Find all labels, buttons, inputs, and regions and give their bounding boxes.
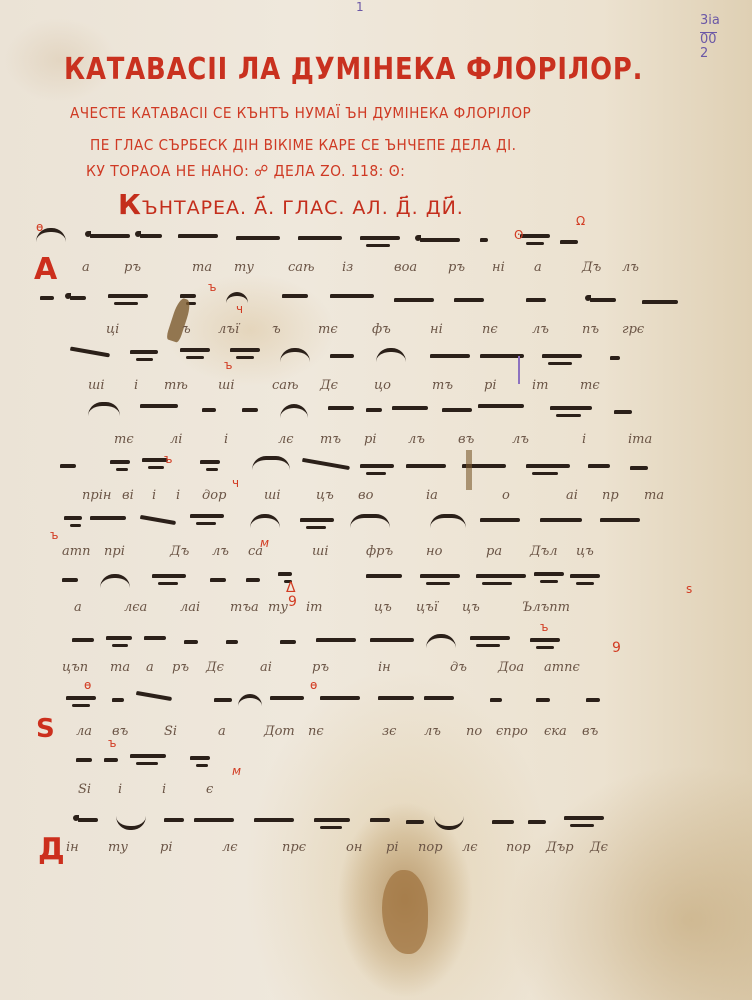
neume-sign [426, 634, 456, 648]
lyric-syllable: лъ [512, 432, 529, 447]
lyric-syllable: ші [88, 378, 104, 393]
neume-sign [190, 514, 224, 518]
neume-sign [370, 638, 414, 642]
red-sign: ъ [540, 620, 548, 634]
lyric-syllable: іа [426, 488, 438, 503]
lyric-syllable: лъї [218, 322, 239, 337]
neume-sign [570, 574, 600, 578]
lyric-syllable: Ѕі [164, 724, 177, 739]
initial-letter-2: Ѕ [36, 714, 55, 744]
neume-sign [526, 298, 546, 302]
neume-sign [536, 698, 550, 702]
lyrics-row-9: лавъ Ѕіа Дотпє зєлъ поєпро єкавъ [82, 724, 712, 744]
lyric-syllable: цъ [316, 488, 334, 503]
lyrics-row-5: прінві іі дорші цъво іао аіпр та [82, 488, 712, 508]
lyric-syllable: рі [386, 840, 398, 855]
neume-row-10 [30, 750, 712, 774]
lyric-syllable: і [134, 378, 138, 393]
neume-sign [534, 572, 564, 576]
lyric-syllable: єпро [496, 724, 528, 739]
lyric-syllable: цъ [462, 600, 480, 615]
lyric-syllable: із [342, 260, 353, 275]
lyric-syllable: є [206, 782, 213, 797]
lyric-syllable: пъ [582, 322, 599, 337]
lyric-syllable: по [466, 724, 482, 739]
lyric-syllable: ту [234, 260, 254, 275]
lyric-syllable: аі [260, 660, 272, 675]
lyric-syllable: Дє [590, 840, 608, 855]
lyric-syllable: а [82, 260, 90, 275]
lyric-syllable: лъ [532, 322, 549, 337]
neume-sign [78, 818, 98, 822]
red-sign: м [232, 764, 241, 778]
neume-sign [642, 300, 678, 304]
lyric-syllable: ші [312, 544, 328, 559]
lyrics-row-3: шіі тѣші саѣДє цотъ рііт тє [82, 378, 712, 398]
lyric-syllable: дор [202, 488, 226, 503]
lyric-syllable: ін [378, 660, 391, 675]
lyric-syllable: грє [622, 322, 644, 337]
neume-row-11 [30, 812, 712, 836]
lyric-syllable: тъ [320, 432, 341, 447]
red-sign: ѕ [686, 582, 692, 596]
lyric-syllable: ін [66, 840, 79, 855]
lyric-syllable: цъї [416, 600, 438, 615]
neume-row-3 [30, 346, 712, 370]
neume-sign [280, 404, 308, 418]
neume-sign [104, 758, 118, 762]
lyric-syllable: а [534, 260, 542, 275]
neume-sign [406, 464, 446, 468]
lyric-syllable: пор [506, 840, 531, 855]
lyric-syllable: ла [76, 724, 92, 739]
lyric-syllable: ъ [182, 322, 191, 337]
neume-sign [360, 464, 394, 468]
lyric-syllable: саѣ [272, 378, 299, 393]
lyric-syllable: єка [544, 724, 567, 739]
neume-sign [540, 518, 582, 522]
neume-sign [560, 240, 578, 244]
neume-sign [526, 464, 570, 468]
lyric-syllable: та [110, 660, 130, 675]
neume-sign [178, 234, 218, 238]
neume-sign [130, 350, 158, 354]
neume-sign [300, 518, 334, 522]
neume-sign [278, 572, 292, 576]
neume-row-7 [30, 570, 712, 594]
neume-sign [116, 816, 146, 830]
neume-sign [542, 354, 582, 358]
red-sign: ѳ [36, 220, 43, 234]
neume-sign [164, 818, 184, 822]
neume-sign [370, 818, 390, 822]
neume-sign [350, 514, 390, 528]
lyric-syllable: іт [306, 600, 323, 615]
lyric-syllable: ра [486, 544, 502, 559]
neume-sign [140, 234, 162, 238]
lyric-syllable: цъ [576, 544, 594, 559]
lyric-syllable: Дър [546, 840, 574, 855]
lyric-syllable: тъа [230, 600, 259, 615]
neume-sign [140, 515, 176, 525]
neume-sign [330, 354, 354, 358]
lyric-syllable: Дот [264, 724, 295, 739]
neume-sign [610, 356, 620, 360]
neume-sign [366, 574, 402, 578]
neume-sign [430, 354, 470, 358]
red-sign: ъ [50, 528, 58, 542]
lyrics-row-6: атппрі Дълъ саші фръно раДъл цъ [82, 544, 712, 564]
lyric-syllable: ні [492, 260, 505, 275]
neume-row-1 [30, 226, 712, 250]
lyric-syllable: пр [602, 488, 619, 503]
neume-sign [480, 518, 520, 522]
lyric-syllable: а [74, 600, 82, 615]
lyric-syllable: Дє [206, 660, 224, 675]
chant-heading: КЪНТАРЕА. А҃. ГЛАС. АЛ. Д҃. ДИ҃. [118, 188, 464, 221]
lyric-syllable: Дъл [530, 544, 558, 559]
lyric-syllable: ві [122, 488, 134, 503]
neume-row-4 [30, 400, 712, 424]
lyric-syllable: лє [222, 840, 238, 855]
neume-sign [236, 236, 280, 240]
red-sign: 9 [612, 640, 621, 656]
neume-sign [588, 464, 610, 468]
lyric-syllable: та [192, 260, 212, 275]
neume-sign [108, 294, 148, 298]
lyric-syllable: ці [106, 322, 119, 337]
rubric-line-3: КУ ТОРАОА НЕ НАНО: ☍ ДЕЛА ZO. 118: Ꙩ: [86, 162, 405, 180]
lyric-syllable: пє [308, 724, 324, 739]
water-stain [382, 870, 428, 954]
neume-sign [282, 294, 308, 298]
neume-sign [480, 238, 488, 242]
lyric-syllable: зє [382, 724, 396, 739]
neume-sign [246, 578, 260, 582]
neume-sign [330, 294, 374, 298]
neume-sign [70, 347, 110, 358]
neume-sign [298, 236, 342, 240]
neume-sign [90, 516, 126, 520]
lyric-syllable: рі [484, 378, 496, 393]
neume-sign [320, 696, 360, 700]
neume-sign [70, 296, 86, 300]
neume-sign [476, 574, 526, 578]
neume-sign [454, 298, 484, 302]
neume-sign [76, 758, 92, 762]
lyric-syllable: фъ [372, 322, 391, 337]
neume-sign [302, 458, 350, 470]
folio-number: 1 [356, 0, 364, 14]
neume-sign [376, 348, 406, 362]
neume-sign [614, 410, 632, 414]
neume-sign [520, 234, 550, 238]
lyric-syllable: ръ [312, 660, 329, 675]
lyric-syllable: во [358, 488, 373, 503]
lyric-syllable: но [426, 544, 442, 559]
neume-sign [238, 694, 262, 708]
lyric-syllable: Ълъпт [522, 600, 570, 615]
lyric-syllable: прє [282, 840, 306, 855]
neume-sign [406, 820, 424, 824]
lyric-syllable: Дъ [170, 544, 189, 559]
lyric-syllable: тє [114, 432, 134, 447]
neume-sign [328, 406, 354, 410]
neume-sign [110, 460, 130, 464]
neume-sign [64, 516, 82, 520]
neume-sign [100, 574, 130, 588]
neume-row-8 [30, 632, 712, 656]
neume-sign [430, 514, 466, 528]
catalog-mark: 3ia 00 2 [700, 14, 720, 61]
lyric-syllable: Ѕі [78, 782, 91, 797]
lyric-syllable: аі [566, 488, 578, 503]
lyric-syllable: Дє [320, 378, 338, 393]
lyric-syllable: і [152, 488, 156, 503]
lyric-syllable: Дъ [582, 260, 601, 275]
neume-row-2 [30, 290, 712, 314]
lyrics-row-8: цъпта аръ Дєаі ръін дъДоа атпє [82, 660, 712, 680]
neume-sign [250, 514, 280, 528]
lyric-syllable: тє [318, 322, 338, 337]
lyric-syllable: і [162, 782, 166, 797]
lyric-syllable: Доа [498, 660, 524, 675]
neume-sign [586, 698, 600, 702]
lyric-syllable: лъ [408, 432, 425, 447]
neume-sign [252, 456, 290, 470]
red-sign: ч [236, 302, 243, 316]
neume-sign [394, 298, 434, 302]
neume-sign [226, 640, 238, 644]
lyric-syllable: ші [264, 488, 280, 503]
neume-sign [280, 348, 310, 362]
lyric-syllable: ші [218, 378, 234, 393]
lyric-syllable: цо [374, 378, 391, 393]
neume-sign [194, 818, 234, 822]
neume-sign [136, 691, 172, 701]
neume-sign [420, 574, 460, 578]
lyric-syllable: ръ [124, 260, 141, 275]
neume-sign [492, 820, 514, 824]
neume-row-9 [30, 690, 712, 714]
neume-sign [442, 408, 472, 412]
lyric-syllable: лє [462, 840, 478, 855]
neume-sign [434, 816, 464, 830]
lyrics-row-2: ці ълъї ътє фъні пєлъ пъгрє [82, 322, 712, 342]
neume-sign [200, 460, 220, 464]
neume-row-5 [30, 456, 712, 480]
neume-sign [470, 636, 510, 640]
lyric-syllable: ні [430, 322, 443, 337]
lyric-syllable: лє [278, 432, 294, 447]
lyric-syllable: саѣ [288, 260, 315, 275]
red-sign: ѳ [310, 678, 317, 692]
neume-sign [242, 408, 258, 412]
neume-sign [630, 466, 648, 470]
red-sign: Ꙩ [514, 228, 523, 242]
neume-sign [72, 638, 94, 642]
lyric-syllable: цъ [374, 600, 392, 615]
lyric-syllable: пє [482, 322, 498, 337]
lyric-syllable: і [224, 432, 228, 447]
neume-sign [424, 696, 454, 700]
neume-sign [210, 578, 226, 582]
neume-sign [420, 238, 460, 242]
neume-sign [314, 818, 350, 822]
neume-sign [60, 464, 76, 468]
neume-sign [230, 348, 260, 352]
lyric-syllable: прі [104, 544, 125, 559]
lyric-syllable: і [176, 488, 180, 503]
neume-sign [106, 636, 132, 640]
lyric-syllable: і [582, 432, 586, 447]
lyric-syllable: тъ [432, 378, 453, 393]
red-sign: ъ [108, 736, 116, 750]
neume-row-6 [30, 512, 712, 536]
neume-sign [152, 574, 186, 578]
neume-sign [360, 236, 400, 240]
neume-sign [316, 638, 356, 642]
neume-sign [550, 406, 592, 410]
ink-stroke [466, 450, 472, 490]
neume-sign [130, 754, 166, 758]
neume-sign [590, 298, 616, 302]
lyric-syllable: тѣ [164, 378, 188, 393]
neume-sign [144, 636, 166, 640]
red-sign: ъ [208, 280, 216, 294]
neume-sign [202, 408, 216, 412]
lyric-syllable: рі [160, 840, 172, 855]
lyric-syllable: въ [458, 432, 474, 447]
lyric-syllable: атп [62, 544, 90, 559]
lyric-syllable: лаі [180, 600, 200, 615]
lyric-syllable: і [118, 782, 122, 797]
neume-sign [180, 348, 210, 352]
neume-sign [600, 518, 640, 522]
neume-sign [490, 698, 502, 702]
initial-letter-3: Д [38, 832, 65, 867]
neume-sign [366, 408, 382, 412]
lyric-syllable: а [146, 660, 154, 675]
lyric-syllable: а [218, 724, 226, 739]
neume-sign [378, 696, 414, 700]
lyric-syllable: лі [170, 432, 182, 447]
lyrics-row-10: Ѕіі іє [82, 782, 712, 802]
lyric-syllable: та [644, 488, 664, 503]
red-sign: ѳ [84, 678, 91, 692]
lyric-syllable: ъ [272, 322, 281, 337]
lyrics-row-4: тєлі ілє търі лъвъ лъі іта [82, 432, 712, 452]
neume-sign [190, 756, 210, 760]
red-sign: ъ [224, 358, 232, 372]
neume-sign [90, 234, 130, 238]
lyric-syllable: ръ [448, 260, 465, 275]
lyric-syllable: фръ [366, 544, 393, 559]
lyric-syllable: рі [364, 432, 376, 447]
rubric-line-1: АЧЕСТЕ КАТАВАСІІ СЕ КЪНТЪ НУМАЇ ЪН ДУМІН… [70, 104, 531, 122]
neume-sign [112, 698, 124, 702]
lyric-syllable: он [346, 840, 362, 855]
neume-sign [62, 578, 78, 582]
lyric-syllable: іт [532, 378, 549, 393]
neume-sign [140, 404, 178, 408]
lyric-syllable: лъ [622, 260, 639, 275]
lyric-syllable: прін [82, 488, 111, 503]
lyric-syllable: лъ [424, 724, 441, 739]
lyrics-row-7: алєа лаітъа туіт цъцъї цъЪлъпт [82, 600, 712, 620]
neume-sign [280, 640, 296, 644]
neume-sign [528, 820, 546, 824]
lyric-syllable: о [502, 488, 510, 503]
lyric-syllable: ту [108, 840, 128, 855]
red-sign: Ω [576, 214, 585, 228]
neume-sign [478, 404, 524, 408]
neume-sign [270, 696, 304, 700]
manuscript-page: 1 3ia 00 2 КАТАВАСІІ ЛА ДУМІНЕКА ФЛОРІЛО… [0, 0, 752, 1000]
lyric-syllable: іта [628, 432, 652, 447]
neume-sign [530, 638, 560, 642]
lyric-syllable: ръ [172, 660, 189, 675]
neume-sign [214, 698, 232, 702]
neume-sign [66, 696, 96, 700]
red-sign: ъ [164, 452, 172, 466]
page-title: КАТАВАСІІ ЛА ДУМІНЕКА ФЛОРІЛОР. [64, 52, 643, 87]
lyric-syllable: ту [268, 600, 288, 615]
lyric-syllable: атпє [544, 660, 580, 675]
neume-sign [88, 402, 120, 416]
lyric-syllable: лєа [124, 600, 147, 615]
lyric-syllable: дъ [450, 660, 467, 675]
lyric-syllable: въ [582, 724, 598, 739]
lyric-syllable: лъ [212, 544, 229, 559]
lyrics-row-11: інту рілє прєон ріпор лєпор ДърДє [82, 840, 712, 860]
rubric-line-2: ПЕ ГЛАС СЪРБЕСК ДІН ВІКІМЕ КАРЕ СЕ ЪНЧЕП… [90, 136, 516, 154]
lyric-syllable: пор [418, 840, 443, 855]
lyric-syllable: воа [394, 260, 417, 275]
lyric-syllable: цъп [62, 660, 88, 675]
neume-sign [40, 296, 54, 300]
neume-sign [392, 406, 428, 410]
lyric-syllable: са [248, 544, 263, 559]
neume-sign [254, 818, 294, 822]
neume-sign [184, 640, 198, 644]
lyric-syllable: тє [580, 378, 600, 393]
neume-sign [564, 816, 604, 820]
lyrics-row-1: аръ тату саѣіз воаръ ніа Дълъ [82, 260, 712, 280]
initial-letter-1: А [34, 252, 57, 287]
